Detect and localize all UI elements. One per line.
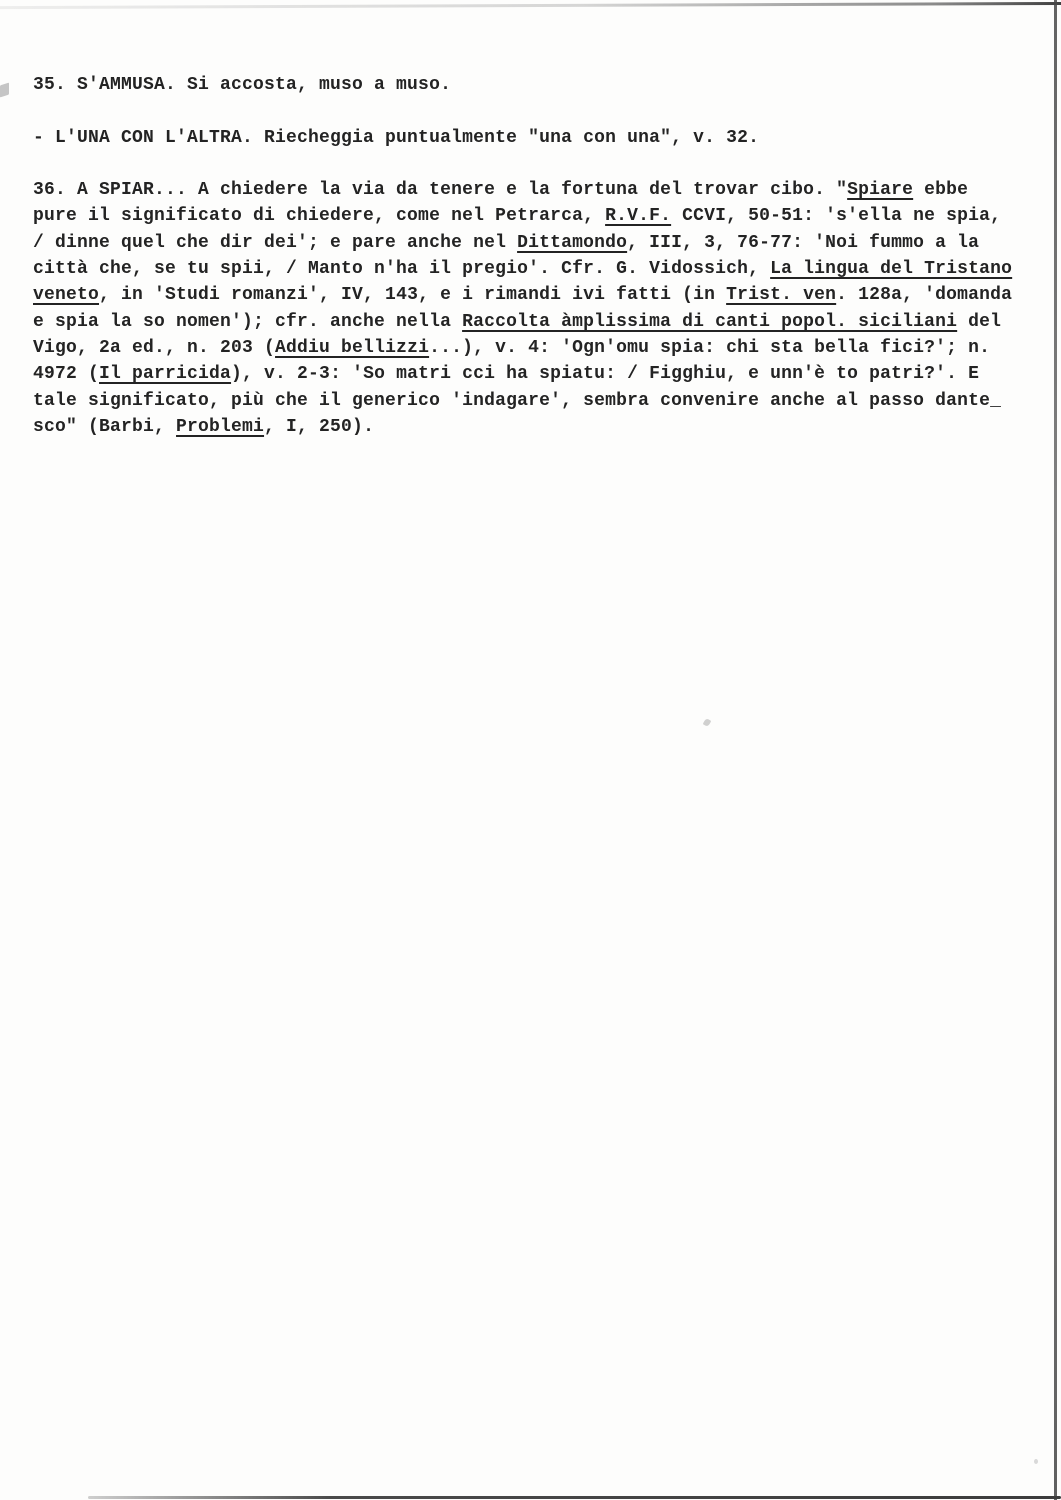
scan-speck — [1034, 1459, 1038, 1464]
text-line: - L'UNA CON L'ALTRA. Riecheggia puntualm… — [33, 125, 1043, 151]
text-line: sco" (Barbi, Problemi, I, 250). — [33, 414, 1043, 440]
text-line: 35. S'AMMUSA. Si accosta, muso a muso. — [33, 72, 1043, 98]
underlined-title: Spiare — [847, 180, 913, 200]
underlined-title: La lingua del Tristano — [770, 259, 1012, 279]
scan-edge-top — [0, 2, 1061, 9]
text-line: 36. A SPIAR... A chiedere la via da tene… — [33, 177, 1043, 203]
text-line: 4972 (Il parricida), v. 2-3: 'So matri c… — [33, 361, 1043, 387]
scan-edge-bottom — [88, 1496, 1061, 1499]
text-segment: 36. A SPIAR... A chiedere la via da tene… — [33, 180, 847, 200]
text-segment: ), v. 2-3: 'So matri cci ha spiatu: / Fi… — [231, 364, 979, 384]
text-segment: città che, se tu spii, / Manto n'ha il p… — [33, 259, 770, 279]
text-line: Vigo, 2a ed., n. 203 (Addiu bellizzi...)… — [33, 335, 1043, 361]
text-line: veneto, in 'Studi romanzi', IV, 143, e i… — [33, 282, 1043, 308]
paragraph: 35. S'AMMUSA. Si accosta, muso a muso. — [33, 72, 1043, 98]
scan-speck — [703, 718, 712, 727]
text-line: tale significato, più che il generico 'i… — [33, 388, 1043, 414]
text-segment: , III, 3, 76-77: 'Noi fummo a la — [627, 233, 979, 253]
underlined-title: Raccolta àmplissima di canti popol. sici… — [462, 312, 957, 332]
scan-edge-right — [1054, 0, 1057, 1500]
text-segment: / dinne quel che dir dei'; e pare anche … — [33, 233, 517, 253]
underlined-title: Dittamondo — [517, 233, 627, 253]
page: 35. S'AMMUSA. Si accosta, muso a muso.- … — [0, 0, 1061, 1500]
paragraph: 36. A SPIAR... A chiedere la via da tene… — [33, 177, 1043, 440]
text-segment: Vigo, 2a ed., n. 203 ( — [33, 338, 275, 358]
text-line: e spia la so nomen'); cfr. anche nella R… — [33, 309, 1043, 335]
text-segment: 35. S'AMMUSA. Si accosta, muso a muso. — [33, 75, 451, 95]
text-segment: tale significato, più che il generico 'i… — [33, 391, 1001, 411]
text-segment: , in 'Studi romanzi', IV, 143, e i riman… — [99, 285, 726, 305]
scan-smudge-left — [0, 83, 9, 98]
text-segment: , I, 250). — [264, 417, 374, 437]
text-segment: ...), v. 4: 'Ogn'omu spia: chi sta bella… — [429, 338, 990, 358]
text-segment: sco" (Barbi, — [33, 417, 176, 437]
document-text: 35. S'AMMUSA. Si accosta, muso a muso.- … — [33, 72, 1043, 466]
paragraph: - L'UNA CON L'ALTRA. Riecheggia puntualm… — [33, 125, 1043, 151]
underlined-title: Trist. ven — [726, 285, 836, 305]
underlined-title: Problemi — [176, 417, 264, 437]
underlined-title: R.V.F. — [605, 206, 671, 226]
text-segment: pure il significato di chiedere, come ne… — [33, 206, 605, 226]
text-segment: . 128a, 'domanda — [836, 285, 1012, 305]
underlined-title: Il parricida — [99, 364, 231, 384]
underlined-title: veneto — [33, 285, 99, 305]
text-segment: ebbe — [913, 180, 968, 200]
underlined-title: Addiu bellizzi — [275, 338, 429, 358]
text-line: pure il significato di chiedere, come ne… — [33, 203, 1043, 229]
text-segment: 4972 ( — [33, 364, 99, 384]
text-line: città che, se tu spii, / Manto n'ha il p… — [33, 256, 1043, 282]
text-segment: e spia la so nomen'); cfr. anche nella — [33, 312, 462, 332]
text-line: / dinne quel che dir dei'; e pare anche … — [33, 230, 1043, 256]
text-segment: del — [957, 312, 1001, 332]
text-segment: CCVI, 50-51: 's'ella ne spia, — [671, 206, 1001, 226]
text-segment: - L'UNA CON L'ALTRA. Riecheggia puntualm… — [33, 128, 759, 148]
